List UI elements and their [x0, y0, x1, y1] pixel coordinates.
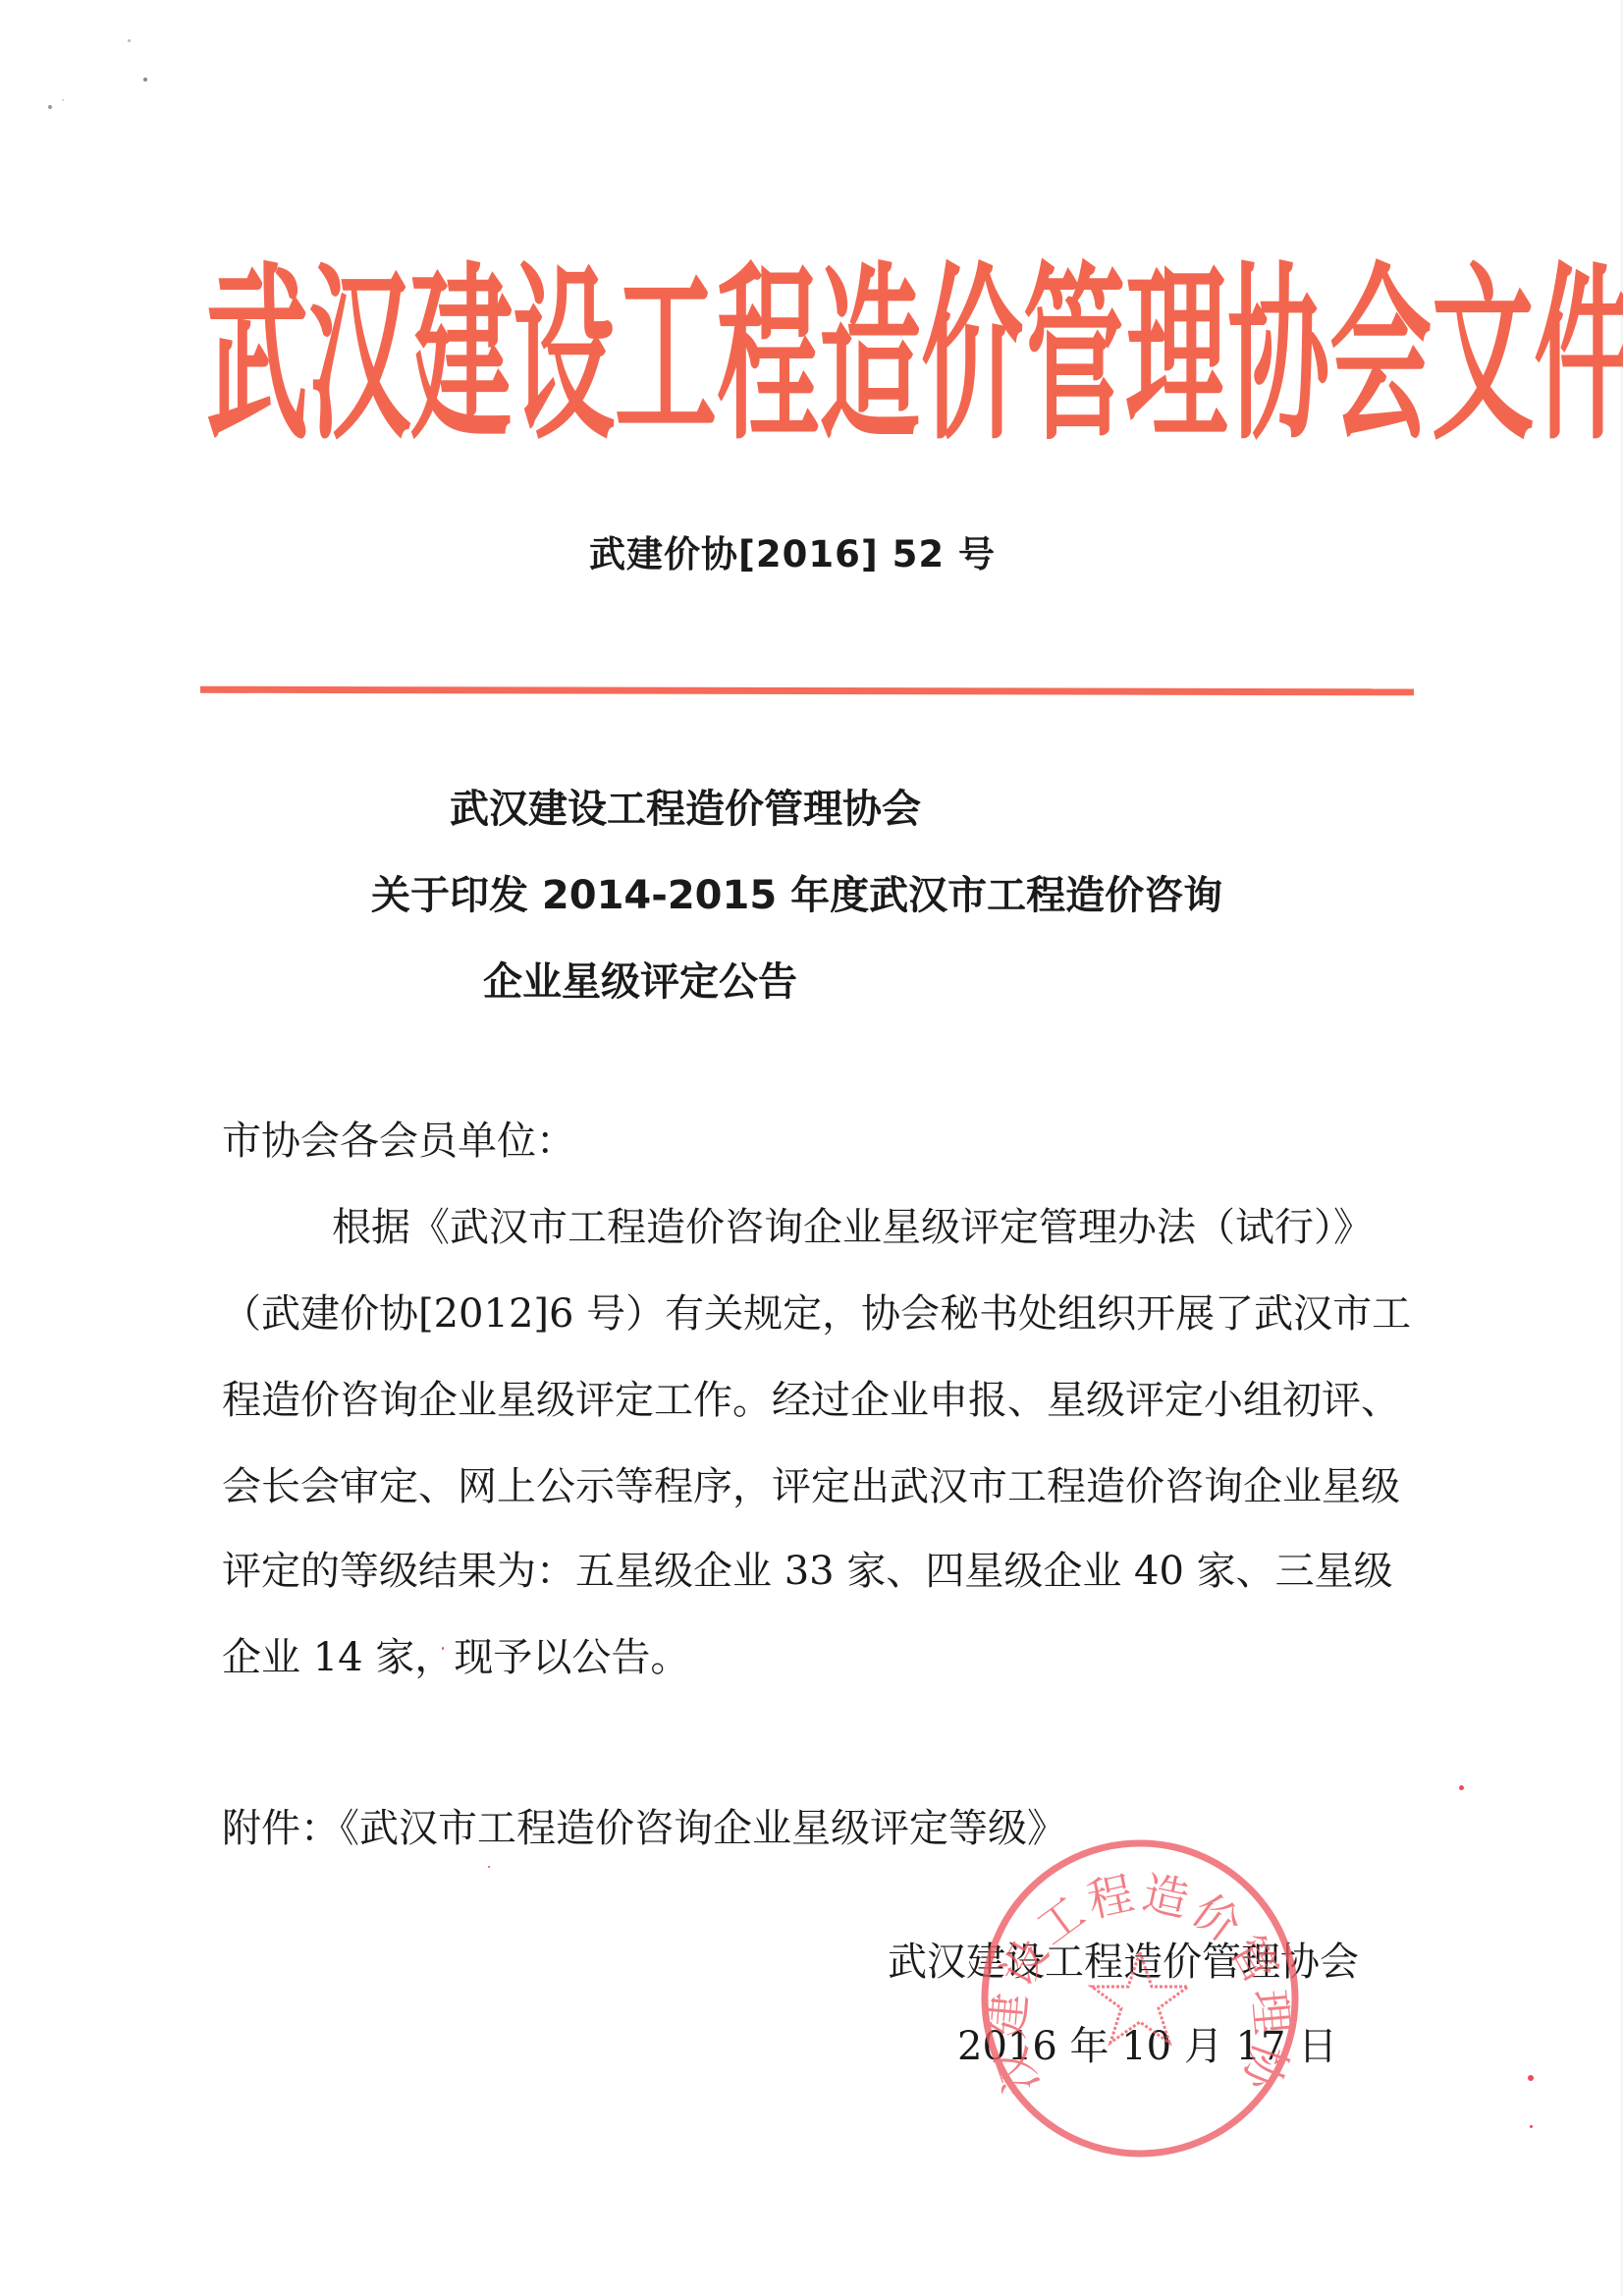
scan-speck: [128, 39, 131, 42]
document-page: 武汉建设工程造价管理协会文件 武建价协[2016] 52 号 武汉建设工程造价管…: [0, 0, 1623, 2296]
scan-speck: [1530, 2125, 1533, 2128]
masthead-title: 武汉建设工程造价管理协会文件: [206, 257, 1424, 454]
signature-organization: 武汉建设工程造价管理协会: [888, 1931, 1359, 1987]
scan-speck: [62, 99, 64, 101]
body-line: 会长会审定、网上公示等程序，评定出武汉市工程造价咨询企业星级: [222, 1455, 1400, 1511]
body-line: 根据《武汉市工程造价咨询企业星级评定管理办法（试行）》: [332, 1196, 1373, 1252]
scan-speck: [1528, 2075, 1534, 2081]
masthead-character: 价: [921, 261, 1023, 450]
scan-speck: [488, 1866, 490, 1868]
scan-speck: [1459, 1785, 1464, 1790]
announcement-title-line-1: 武汉建设工程造价管理协会: [450, 778, 921, 834]
masthead-character: 造: [819, 261, 921, 450]
masthead-character: 件: [1534, 261, 1623, 450]
red-separator-rule: [200, 686, 1414, 696]
masthead-character: 会: [1329, 261, 1432, 450]
masthead-character: 建: [410, 261, 513, 450]
scan-speck: [143, 78, 147, 82]
signature-date: 2016 年 10 月 17 日: [957, 2015, 1337, 2071]
masthead-character: 设: [513, 261, 615, 450]
salutation: 市协会各会员单位：: [222, 1110, 575, 1166]
masthead-character: 文: [1432, 261, 1534, 450]
announcement-title-line-2: 关于印发 2014-2015 年度武汉市工程造价咨询: [371, 864, 1222, 920]
masthead-character: 理: [1125, 261, 1227, 450]
masthead-character: 管: [1023, 261, 1125, 450]
masthead-character: 工: [615, 261, 717, 450]
masthead-character: 武: [206, 261, 308, 450]
body-line: 评定的等级结果为：五星级企业 33 家、四星级企业 40 家、三星级: [222, 1540, 1393, 1596]
announcement-title-line-3: 企业星级评定公告: [483, 951, 797, 1007]
masthead-character: 程: [717, 261, 819, 450]
attachment-reference: 附件：《武汉市工程造价咨询企业星级评定等级》: [222, 1797, 1066, 1853]
body-line: 程造价咨询企业星级评定工作。经过企业申报、星级评定小组初评、: [222, 1369, 1400, 1425]
masthead-character: 协: [1227, 261, 1329, 450]
document-number: 武建价协[2016] 52 号: [589, 524, 996, 577]
official-seal: 武汉建设工程造价管理协会: [978, 1836, 1302, 2160]
body-line: （武建价协[2012]6 号）有关规定，协会秘书处组织开展了武汉市工: [222, 1283, 1411, 1339]
masthead-character: 汉: [308, 261, 410, 450]
scan-speck: [48, 105, 52, 109]
body-line: 企业 14 家，现予以公告。: [222, 1626, 689, 1682]
